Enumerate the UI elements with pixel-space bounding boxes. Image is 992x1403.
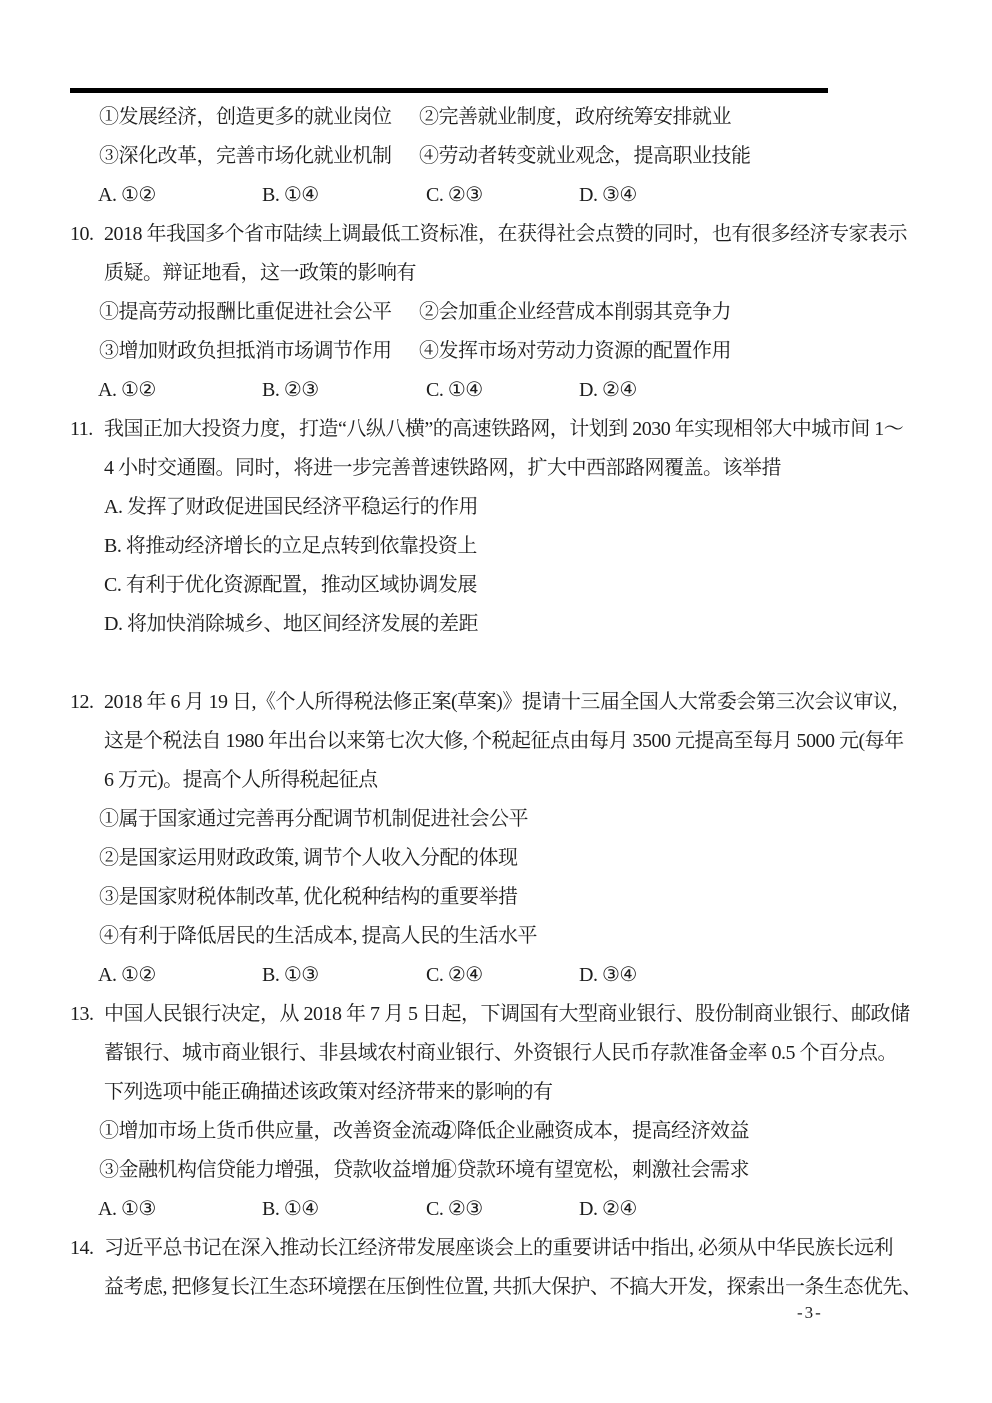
- question-line: 11.我国正加大投资力度，打造“八纵八横”的高速铁路网，计划到 2030 年实现…: [0, 416, 992, 443]
- question-line: 12.2018 年 6 月 19 日,《个人所得税法修正案(草案)》提请十三届全…: [0, 689, 992, 716]
- option-b: B. ①④: [262, 182, 319, 209]
- item-text-left: ①发展经济，创造更多的就业岗位: [99, 104, 392, 131]
- option-d: D. ③④: [579, 962, 637, 989]
- question-text-continued: 这是个税法自 1980 年出台以来第七次大修, 个税起征点由每月 3500 元提…: [104, 728, 904, 755]
- question-line: ②是国家运用财政政策, 调节个人收入分配的体现: [0, 845, 992, 872]
- page-number: -3-: [797, 1303, 823, 1323]
- item-text-right: ②完善就业制度，政府统筹安排就业: [419, 104, 731, 131]
- question-line: 10.2018 年我国多个省市陆续上调最低工资标准，在获得社会点赞的同时，也有很…: [0, 221, 992, 248]
- question-text: 中国人民银行决定，从 2018 年 7 月 5 日起，下调国有大型商业银行、股份…: [104, 1001, 910, 1028]
- item-text-right: ②会加重企业经营成本削弱其竞争力: [419, 299, 731, 326]
- question-line: ①提高劳动报酬比重促进社会公平②会加重企业经营成本削弱其竞争力: [0, 299, 992, 326]
- option-c: C. ②④: [426, 962, 483, 989]
- question-line: ③增加财政负担抵消市场调节作用④发挥市场对劳动力资源的配置作用: [0, 338, 992, 365]
- question-line: 下列选项中能正确描述该政策对经济带来的影响的有: [0, 1079, 992, 1106]
- option-c: C. ①④: [426, 377, 483, 404]
- item-text-left: ①提高劳动报酬比重促进社会公平: [99, 299, 392, 326]
- question-text-continued: 益考虑, 把修复长江生态环境摆在压倒性位置, 共抓大保护、不搞大开发，探索出一条…: [104, 1274, 922, 1301]
- question-line: 14.习近平总书记在深入推动长江经济带发展座谈会上的重要讲话中指出, 必须从中华…: [0, 1235, 992, 1262]
- question-line: 这是个税法自 1980 年出台以来第七次大修, 个税起征点由每月 3500 元提…: [0, 728, 992, 755]
- option-b: B. ①④: [262, 1196, 319, 1223]
- question-text: 我国正加大投资力度，打造“八纵八横”的高速铁路网，计划到 2030 年实现相邻大…: [104, 416, 903, 443]
- item-text-right: ④贷款环境有望宽松，刺激社会需求: [437, 1157, 749, 1184]
- question-line: B. 将推动经济增长的立足点转到依靠投资上: [0, 533, 992, 560]
- item-text: ①属于国家通过完善再分配调节机制促进社会公平: [99, 806, 528, 833]
- question-text-continued: 4 小时交通圈。同时，将进一步完善普速铁路网，扩大中西部路网覆盖。该举措: [104, 455, 781, 482]
- option-b: B. ②③: [262, 377, 319, 404]
- option-a: A. ①②: [98, 182, 156, 209]
- option-d: D. ②④: [579, 1196, 637, 1223]
- option-c: C. ②③: [426, 1196, 483, 1223]
- item-text-right: ②降低企业融资成本，提高经济效益: [437, 1118, 749, 1145]
- option-d: D. ③④: [579, 182, 637, 209]
- item-text-left: ③金融机构信贷能力增强，贷款收益增加: [99, 1157, 450, 1184]
- option-line: D. 将加快消除城乡、地区间经济发展的差距: [104, 611, 478, 638]
- question-line: A. ①②B. ①③C. ②④D. ③④: [0, 962, 992, 989]
- question-line: C. 有利于优化资源配置，推动区域协调发展: [0, 572, 992, 599]
- question-text-continued: 6 万元)。提高个人所得税起征点: [104, 767, 378, 794]
- question-line: 益考虑, 把修复长江生态环境摆在压倒性位置, 共抓大保护、不搞大开发，探索出一条…: [0, 1274, 992, 1301]
- question-number: 11.: [70, 416, 93, 443]
- question-line: 6 万元)。提高个人所得税起征点: [0, 767, 992, 794]
- option-line: B. 将推动经济增长的立足点转到依靠投资上: [104, 533, 477, 560]
- question-line: ①增加市场上货币供应量，改善资金流动②降低企业融资成本，提高经济效益: [0, 1118, 992, 1145]
- question-text: 2018 年我国多个省市陆续上调最低工资标准，在获得社会点赞的同时，也有很多经济…: [104, 221, 907, 248]
- question-line: ①发展经济，创造更多的就业岗位②完善就业制度，政府统筹安排就业: [0, 104, 992, 131]
- question-text-continued: 蓄银行、城市商业银行、非县域农村商业银行、外资银行人民币存款准备金率 0.5 个…: [104, 1040, 897, 1067]
- question-line: 蓄银行、城市商业银行、非县域农村商业银行、外资银行人民币存款准备金率 0.5 个…: [0, 1040, 992, 1067]
- exam-content: ①发展经济，创造更多的就业岗位②完善就业制度，政府统筹安排就业③深化改革，完善市…: [0, 0, 992, 1403]
- item-text: ④有利于降低居民的生活成本, 提高人民的生活水平: [99, 923, 537, 950]
- question-number: 14.: [70, 1235, 94, 1262]
- question-line: 13.中国人民银行决定，从 2018 年 7 月 5 日起，下调国有大型商业银行…: [0, 1001, 992, 1028]
- question-line: D. 将加快消除城乡、地区间经济发展的差距: [0, 611, 992, 638]
- option-line: C. 有利于优化资源配置，推动区域协调发展: [104, 572, 477, 599]
- question-text-continued: 质疑。辩证地看，这一政策的影响有: [104, 260, 416, 287]
- document-page: ①发展经济，创造更多的就业岗位②完善就业制度，政府统筹安排就业③深化改革，完善市…: [0, 0, 992, 1403]
- item-text-right: ④劳动者转变就业观念，提高职业技能: [419, 143, 751, 170]
- question-line: 4 小时交通圈。同时，将进一步完善普速铁路网，扩大中西部路网覆盖。该举措: [0, 455, 992, 482]
- question-text: 习近平总书记在深入推动长江经济带发展座谈会上的重要讲话中指出, 必须从中华民族长…: [104, 1235, 893, 1262]
- question-line: A. ①②B. ②③C. ①④D. ②④: [0, 377, 992, 404]
- option-a: A. ①②: [98, 962, 156, 989]
- option-a: A. ①②: [98, 377, 156, 404]
- question-text-continued: 下列选项中能正确描述该政策对经济带来的影响的有: [104, 1079, 553, 1106]
- question-number: 13.: [70, 1001, 94, 1028]
- question-text: 2018 年 6 月 19 日,《个人所得税法修正案(草案)》提请十三届全国人大…: [104, 689, 897, 716]
- item-text: ③是国家财税体制改革, 优化税种结构的重要举措: [99, 884, 518, 911]
- question-line: 质疑。辩证地看，这一政策的影响有: [0, 260, 992, 287]
- question-line: ③深化改革，完善市场化就业机制④劳动者转变就业观念，提高职业技能: [0, 143, 992, 170]
- question-number: 12.: [70, 689, 94, 716]
- item-text-left: ③增加财政负担抵消市场调节作用: [99, 338, 392, 365]
- option-a: A. ①③: [98, 1196, 156, 1223]
- item-text-right: ④发挥市场对劳动力资源的配置作用: [419, 338, 731, 365]
- question-line: A. ①③B. ①④C. ②③D. ②④: [0, 1196, 992, 1223]
- question-line: ③是国家财税体制改革, 优化税种结构的重要举措: [0, 884, 992, 911]
- option-d: D. ②④: [579, 377, 637, 404]
- question-line: A. 发挥了财政促进国民经济平稳运行的作用: [0, 494, 992, 521]
- option-line: A. 发挥了财政促进国民经济平稳运行的作用: [104, 494, 478, 521]
- item-text: ②是国家运用财政政策, 调节个人收入分配的体现: [99, 845, 518, 872]
- item-text-left: ③深化改革，完善市场化就业机制: [99, 143, 392, 170]
- question-number: 10.: [70, 221, 94, 248]
- item-text-left: ①增加市场上货币供应量，改善资金流动: [99, 1118, 450, 1145]
- option-b: B. ①③: [262, 962, 319, 989]
- question-line: ③金融机构信贷能力增强，贷款收益增加④贷款环境有望宽松，刺激社会需求: [0, 1157, 992, 1184]
- question-line: A. ①②B. ①④C. ②③D. ③④: [0, 182, 992, 209]
- question-line: ①属于国家通过完善再分配调节机制促进社会公平: [0, 806, 992, 833]
- question-line: ④有利于降低居民的生活成本, 提高人民的生活水平: [0, 923, 992, 950]
- option-c: C. ②③: [426, 182, 483, 209]
